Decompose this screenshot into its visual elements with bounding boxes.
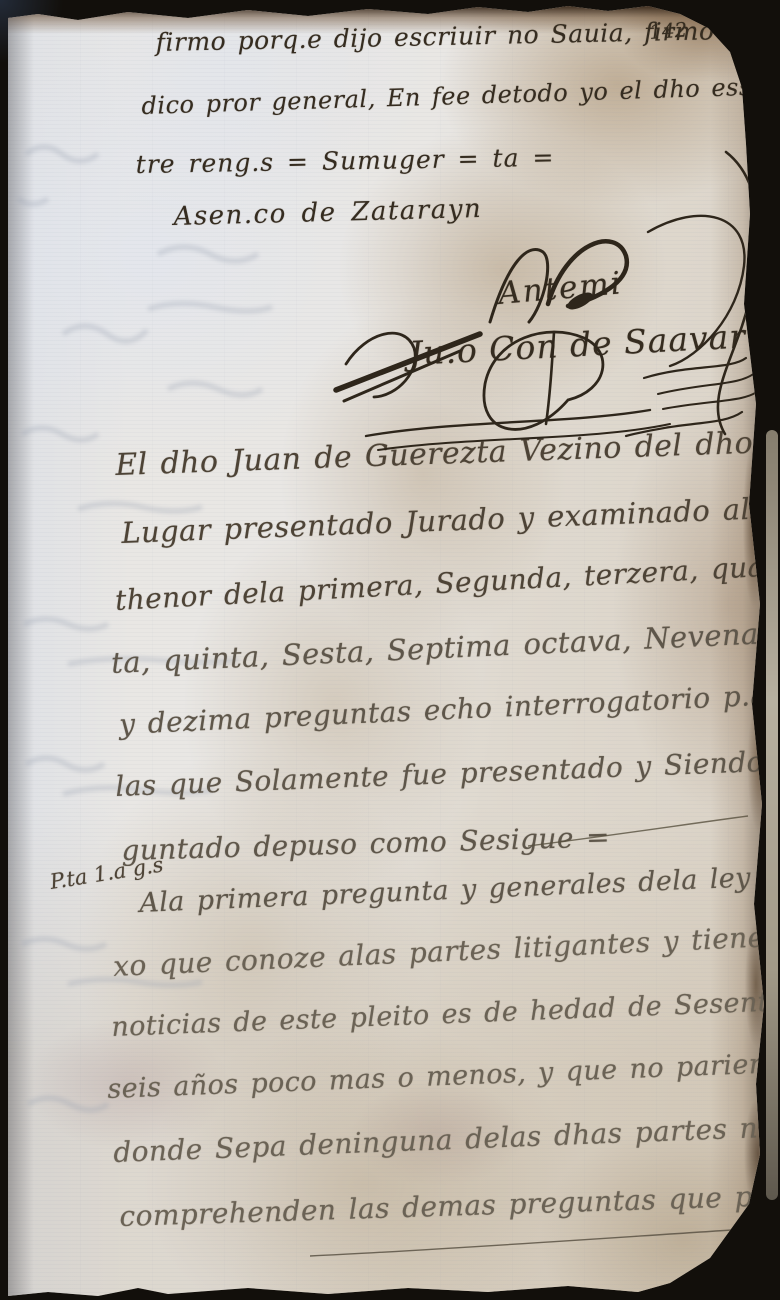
notary-signature: Ju.o Con de Saavar bbox=[408, 316, 747, 373]
manuscript-line: firmo porq.e dijo escriuir no Sauia, fir… bbox=[155, 14, 780, 57]
manuscript-line: Asen.co de Zatarayn bbox=[173, 194, 482, 232]
manuscript-line: seis años poco mas o menos, y que no par… bbox=[107, 1045, 780, 1105]
manuscript-line: las que Solamente fue presentado y Siend… bbox=[115, 743, 780, 803]
manuscript-line: Lugar presentado Jurado y examinado al bbox=[121, 492, 751, 550]
ante-mi-attestation: Antemi bbox=[497, 265, 624, 312]
manuscript-page: 142 firmo porq.e dijo escriuir no Sauia,… bbox=[8, 4, 770, 1296]
manuscript-line: xo que conoze alas partes litigantes y t… bbox=[113, 920, 766, 983]
binding-gutter-shadow bbox=[8, 4, 34, 1296]
manuscript-line: ta, quinta, Sesta, Septima octava, Neven… bbox=[110, 617, 759, 680]
manuscript-line: El dho Juan de Guerezta Vezino del dho bbox=[115, 426, 754, 483]
manuscript-line: dico pror general, En fee detodo yo el d… bbox=[141, 70, 780, 120]
manuscript-line: comprehenden las demas preguntas que pre bbox=[119, 1179, 780, 1233]
manuscript-line: guntado depuso como Sesigue = bbox=[121, 820, 610, 867]
photographed-manuscript: 142 firmo porq.e dijo escriuir no Sauia,… bbox=[0, 0, 780, 1300]
manuscript-line: thenor dela primera, Segunda, terzera, q… bbox=[114, 549, 780, 617]
manuscript-line: Ala primera pregunta y generales dela le… bbox=[139, 859, 780, 919]
manuscript-line: y dezima preguntas echo interrogatorio p… bbox=[119, 679, 769, 741]
underlying-page-edge bbox=[766, 430, 778, 1200]
manuscript-line: donde Sepa deninguna delas dhas partes n… bbox=[113, 1109, 780, 1169]
manuscript-line: tre reng.s = Sumuger = ta = bbox=[135, 143, 554, 179]
manuscript-line: noticias de este pleito es de hedad de S… bbox=[111, 985, 780, 1043]
